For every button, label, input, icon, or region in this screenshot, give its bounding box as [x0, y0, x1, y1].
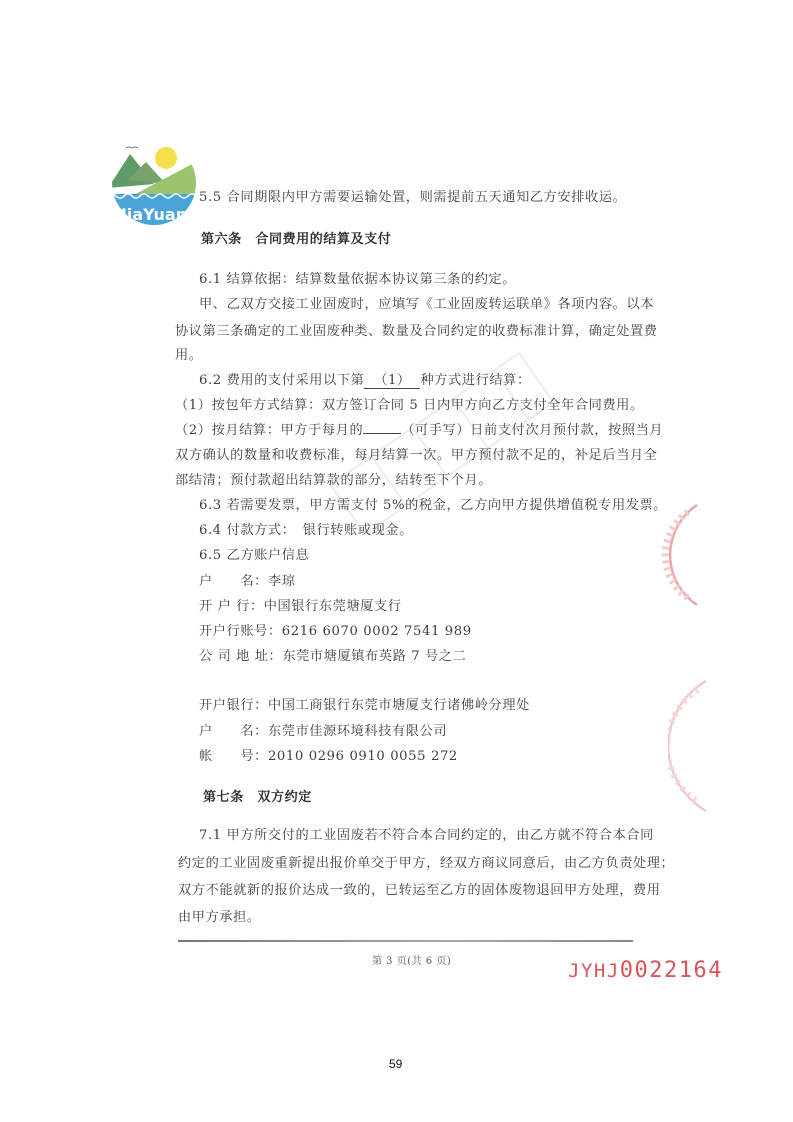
field-label: 开户行账号：	[199, 624, 282, 639]
serial-digits: 0022164	[620, 958, 723, 983]
account2-row: 开户银行：中国工商银行东莞市塘厦支行诸佛岭分理处	[199, 694, 530, 713]
account1-row: 开户行账号：6216 6070 0002 7541 989	[199, 620, 472, 639]
clause-6-3: 6.3 若需要发票，甲方需支付 5%的税金，乙方向甲方提供增值税专用发票。	[199, 494, 667, 513]
page-info: 第 3 页(共 6 页)	[372, 952, 451, 967]
page-number: 59	[389, 1057, 402, 1071]
field-value: 李琼	[268, 574, 296, 589]
clause-6-2-suffix: 种方式进行结算：	[420, 373, 530, 388]
account1-row: 开 户 行：中国银行东莞塘厦支行	[199, 595, 402, 614]
field-value: 6216 6070 0002 7541 989	[282, 624, 472, 639]
article-6-title: 第六条 合同费用的结算及支付	[201, 228, 391, 247]
seam-seal-stamp	[652, 500, 702, 610]
clause-6-2: 6.2 费用的支付采用以下第（1）种方式进行结算：	[199, 369, 531, 389]
clause-7-1-line-1: 7.1 甲方所交付的工业固废若不符合本合同约定的，由乙方就不符合本合同	[199, 824, 654, 843]
jiayuan-logo-icon: JiaYuan	[108, 140, 200, 226]
field-label: 帐 号：	[199, 749, 268, 764]
clause-6-1-body-3: 用。	[175, 344, 203, 363]
clause-7-1-line-4: 由甲方承担。	[178, 906, 261, 925]
svg-text:JiaYuan: JiaYuan	[120, 205, 187, 224]
field-value: 东莞市佳源环境科技有限公司	[268, 724, 447, 739]
option-2-body-1: 双方确认的数量和收费标准，每月结算一次。甲方预付款不足的，补足后当月全	[175, 444, 658, 463]
field-value: 2010 0296 0910 0055 272	[268, 749, 458, 764]
clause-5-5: 5.5 合同期限内甲方需要运输处置，则需提前五天通知乙方安排收运。	[199, 186, 626, 205]
clause-6-2-prefix: 6.2 费用的支付采用以下第	[199, 373, 364, 388]
option-2-prefix: （2）按月结算：甲方于每月的	[175, 423, 363, 438]
contract-seal-stamp	[668, 676, 708, 816]
field-label: 户 名：	[199, 724, 268, 739]
account1-row: 公 司 地 址：东莞市塘厦镇布英路 7 号之二	[199, 645, 466, 664]
footer-divider	[178, 940, 633, 942]
field-value: 东莞市塘厦镇布英路 7 号之二	[282, 649, 466, 664]
field-label: 开 户 行：	[199, 599, 264, 614]
clause-7-1-line-2: 约定的工业固废重新提出报价单交于甲方，经双方商议同意后，由乙方负责处理；	[178, 852, 674, 871]
field-value: 中国工商银行东莞市塘厦支行诸佛岭分理处	[268, 698, 530, 713]
scanned-page: JiaYuan 5.5 合同期限内甲方需要运输处置，则需提前五天通知乙方安排收运…	[0, 0, 793, 1122]
clause-6-4: 6.4 付款方式： 银行转账或现金。	[199, 519, 413, 538]
serial-number: JYHJ0022164	[568, 958, 723, 983]
clause-6-5: 6.5 乙方账户信息	[199, 544, 309, 563]
clause-6-1: 6.1 结算依据：结算数量依据本协议第三条的约定。	[199, 268, 516, 287]
option-2-monthly: （2）按月结算：甲方于每月的（可手写）日前支付次月预付款，按照当月	[175, 419, 663, 438]
account1-row: 户 名：李琼	[199, 570, 296, 589]
field-label: 开户银行：	[199, 698, 268, 713]
article-7-title: 第七条 双方约定	[203, 786, 312, 805]
field-value: 中国银行东莞塘厦支行	[264, 599, 402, 614]
option-1-annual: （1）按包年方式结算：双方签订合同 5 日内甲方向乙方支付全年合同费用。	[175, 394, 644, 413]
field-label: 公 司 地 址：	[199, 649, 282, 664]
monthly-day-blank	[363, 421, 401, 434]
option-2-body-2: 部结清；预付款超出结算款的部分，结转至下个月。	[175, 469, 492, 488]
clause-7-1-line-3: 双方不能就新的报价达成一致的，已转运至乙方的固体废物退回甲方处理，费用	[178, 879, 661, 898]
option-2-suffix: （可手写）日前支付次月预付款，按照当月	[401, 423, 663, 438]
account2-row: 户 名：东莞市佳源环境科技有限公司	[199, 720, 447, 739]
account2-row: 帐 号：2010 0296 0910 0055 272	[199, 745, 458, 764]
clause-6-1-body-2: 协议第三条确定的工业固废种类、数量及合同约定的收费标准计算，确定处置费	[175, 320, 658, 339]
serial-prefix: JYHJ	[568, 960, 620, 982]
field-label: 户 名：	[199, 574, 268, 589]
payment-method-choice: （1）	[364, 369, 420, 389]
clause-6-1-body-1: 甲、乙双方交接工业固废时，应填写《工业固废转运联单》各项内容。以本	[199, 293, 654, 312]
